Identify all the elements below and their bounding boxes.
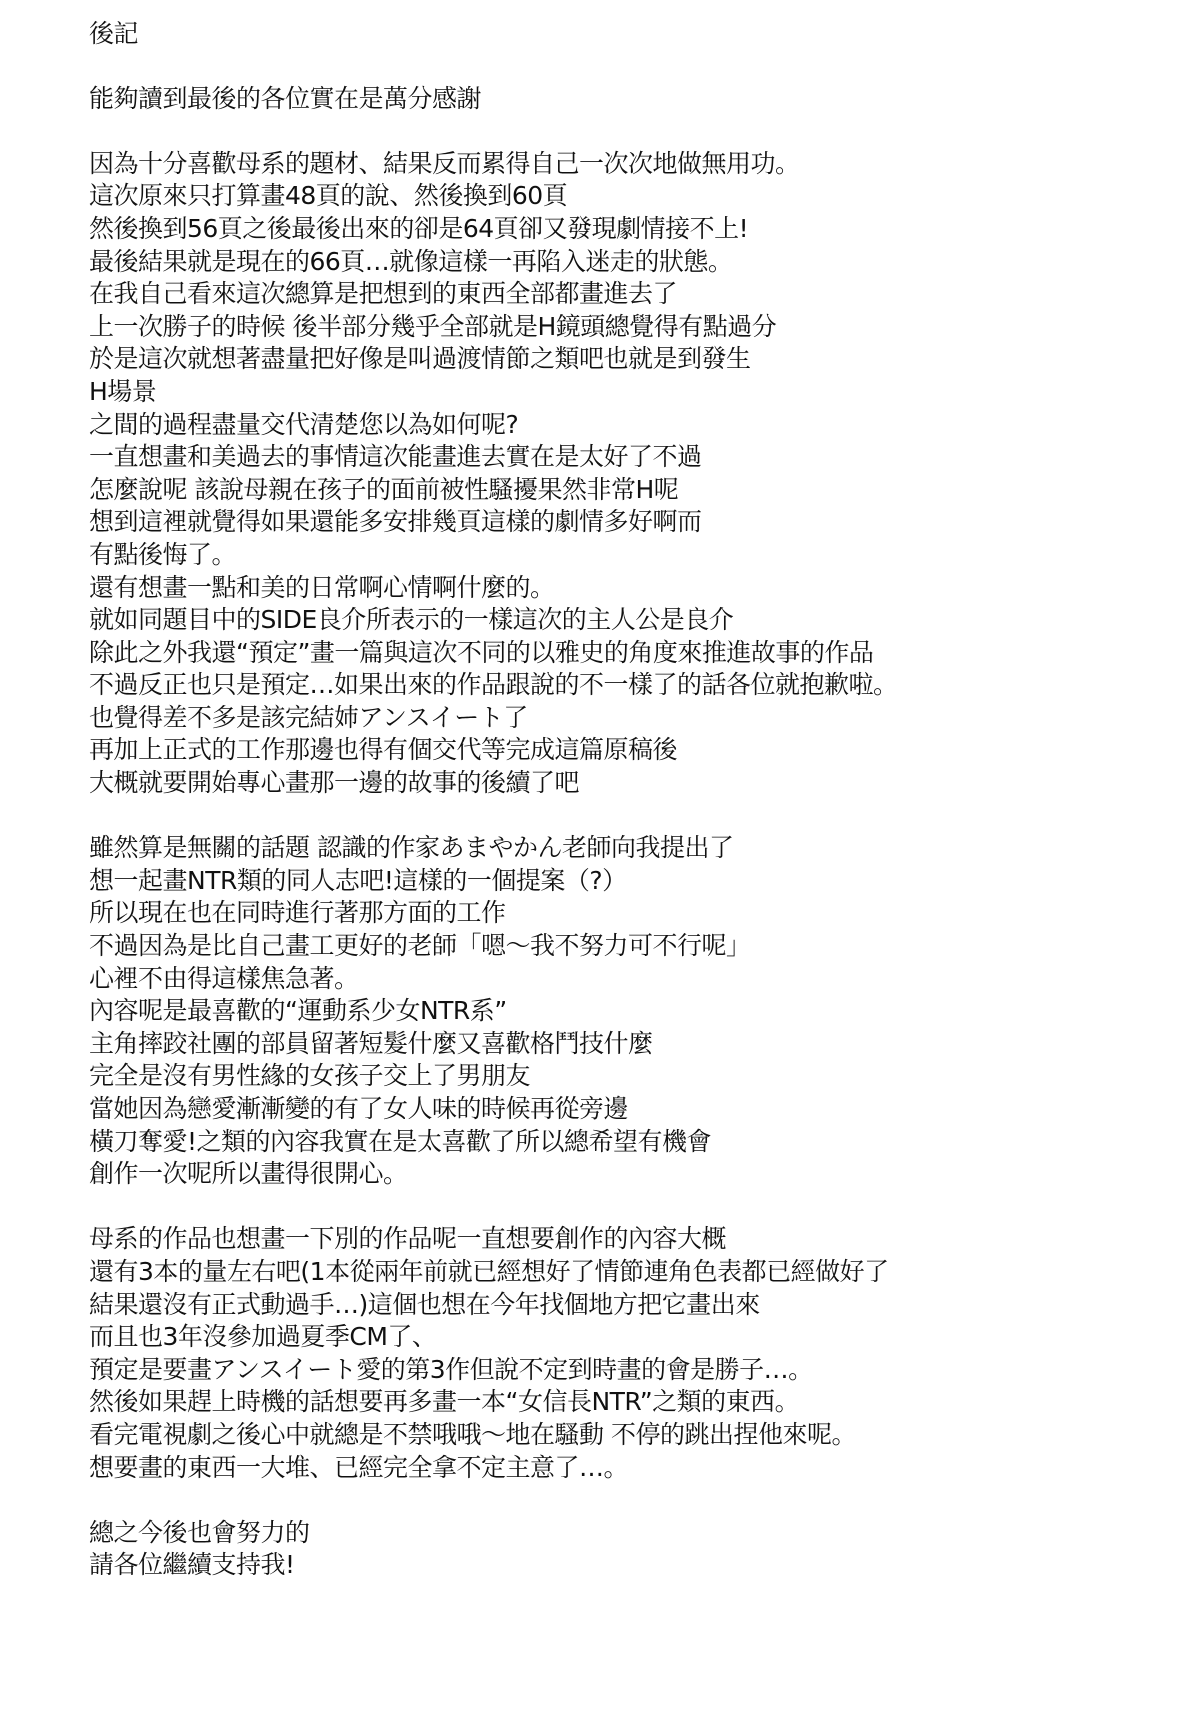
text-line: 還有想畫一點和美的日常啊心情啊什麼的。 <box>89 572 1169 605</box>
page-title: 後記 <box>89 18 1169 50</box>
paragraph-closing: 總之今後也會努力的 請各位繼續支持我! <box>89 1517 1169 1582</box>
text-line: 請各位繼續支持我! <box>89 1549 1169 1582</box>
text-line: 然後如果趕上時機的話想要再多畫一本“女信長NTR”之類的東西。 <box>89 1386 1169 1419</box>
text-line: 也覺得差不多是該完結姉アンスイート了 <box>89 702 1169 735</box>
text-line: 預定是要畫アンスイート愛的第3作但說不定到時畫的會是勝子…。 <box>89 1354 1169 1387</box>
afterword-page: 後記 能夠讀到最後的各位實在是萬分感謝 因為十分喜歡母系的題材、結果反而累得自己… <box>89 18 1169 1582</box>
text-line: 想要畫的東西一大堆、已經完全拿不定主意了…。 <box>89 1452 1169 1485</box>
text-line: 有點後悔了。 <box>89 539 1169 572</box>
text-line: 一直想畫和美過去的事情這次能畫進去實在是太好了不過 <box>89 441 1169 474</box>
text-line: 再加上正式的工作那邊也得有個交代等完成這篇原稿後 <box>89 734 1169 767</box>
text-line: 橫刀奪愛!之類的內容我實在是太喜歡了所以總希望有機會 <box>89 1126 1169 1159</box>
text-line: 因為十分喜歡母系的題材、結果反而累得自己一次次地做無用功。 <box>89 148 1169 181</box>
text-line: H場景 <box>89 376 1169 409</box>
text-line: 結果還沒有正式動過手…)這個也想在今年找個地方把它畫出來 <box>89 1289 1169 1322</box>
text-line: 最後結果就是現在的66頁…就像這樣一再陷入迷走的狀態。 <box>89 246 1169 279</box>
text-line: 還有3本的量左右吧(1本從兩年前就已經想好了情節連角色表都已經做好了 <box>89 1256 1169 1289</box>
paragraph-future-plans: 母系的作品也想畫一下別的作品呢一直想要創作的內容大概 還有3本的量左右吧(1本從… <box>89 1223 1169 1484</box>
text-line: 怎麼說呢 該說母親在孩子的面前被性騷擾果然非常H呢 <box>89 474 1169 507</box>
spacer <box>89 115 1169 148</box>
text-line: 創作一次呢所以畫得很開心。 <box>89 1158 1169 1191</box>
text-line: 這次原來只打算畫48頁的說、然後換到60頁 <box>89 180 1169 213</box>
spacer <box>89 1191 1169 1224</box>
text-line: 母系的作品也想畫一下別的作品呢一直想要創作的內容大概 <box>89 1223 1169 1256</box>
text-line: 而且也3年沒參加過夏季CM了、 <box>89 1321 1169 1354</box>
text-line: 不過反正也只是預定…如果出來的作品跟說的不一樣了的話各位就抱歉啦。 <box>89 669 1169 702</box>
text-line: 內容呢是最喜歡的“運動系少女NTR系” <box>89 995 1169 1028</box>
text-line: 完全是沒有男性緣的女孩子交上了男朋友 <box>89 1060 1169 1093</box>
paragraph-thanks: 能夠讀到最後的各位實在是萬分感謝 <box>89 83 1169 116</box>
text-line: 主角摔跤社團的部員留著短髮什麼又喜歡格鬥技什麼 <box>89 1028 1169 1061</box>
text-line: 能夠讀到最後的各位實在是萬分感謝 <box>89 83 1169 116</box>
spacer <box>89 800 1169 833</box>
text-line: 於是這次就想著盡量把好像是叫過渡情節之類吧也就是到發生 <box>89 343 1169 376</box>
paragraph-about-this-work: 因為十分喜歡母系的題材、結果反而累得自己一次次地做無用功。 這次原來只打算畫48… <box>89 148 1169 800</box>
text-line: 心裡不由得這樣焦急著。 <box>89 963 1169 996</box>
spacer <box>89 1484 1169 1517</box>
text-line: 在我自己看來這次總算是把想到的東西全部都畫進去了 <box>89 278 1169 311</box>
text-line: 想到這裡就覺得如果還能多安排幾頁這樣的劇情多好啊而 <box>89 506 1169 539</box>
text-line: 然後換到56頁之後最後出來的卻是64頁卻又發現劇情接不上! <box>89 213 1169 246</box>
text-line: 總之今後也會努力的 <box>89 1517 1169 1550</box>
paragraph-collaboration: 雖然算是無關的話題 認識的作家あまやかん老師向我提出了 想一起畫NTR類的同人志… <box>89 832 1169 1191</box>
text-line: 想一起畫NTR類的同人志吧!這樣的一個提案（?） <box>89 865 1169 898</box>
text-line: 上一次勝子的時候 後半部分幾乎全部就是H鏡頭總覺得有點過分 <box>89 311 1169 344</box>
text-line: 當她因為戀愛漸漸變的有了女人味的時候再從旁邊 <box>89 1093 1169 1126</box>
text-line: 之間的過程盡量交代清楚您以為如何呢? <box>89 409 1169 442</box>
text-line: 所以現在也在同時進行著那方面的工作 <box>89 897 1169 930</box>
text-line: 看完電視劇之後心中就總是不禁哦哦～地在騷動 不停的跳出捏他來呢。 <box>89 1419 1169 1452</box>
text-line: 不過因為是比自己畫工更好的老師「嗯～我不努力可不行呢」 <box>89 930 1169 963</box>
text-line: 除此之外我還“預定”畫一篇與這次不同的以雅史的角度來推進故事的作品 <box>89 637 1169 670</box>
text-line: 大概就要開始專心畫那一邊的故事的後續了吧 <box>89 767 1169 800</box>
text-line: 雖然算是無關的話題 認識的作家あまやかん老師向我提出了 <box>89 832 1169 865</box>
spacer <box>89 50 1169 83</box>
text-line: 就如同題目中的SIDE良介所表示的一樣這次的主人公是良介 <box>89 604 1169 637</box>
